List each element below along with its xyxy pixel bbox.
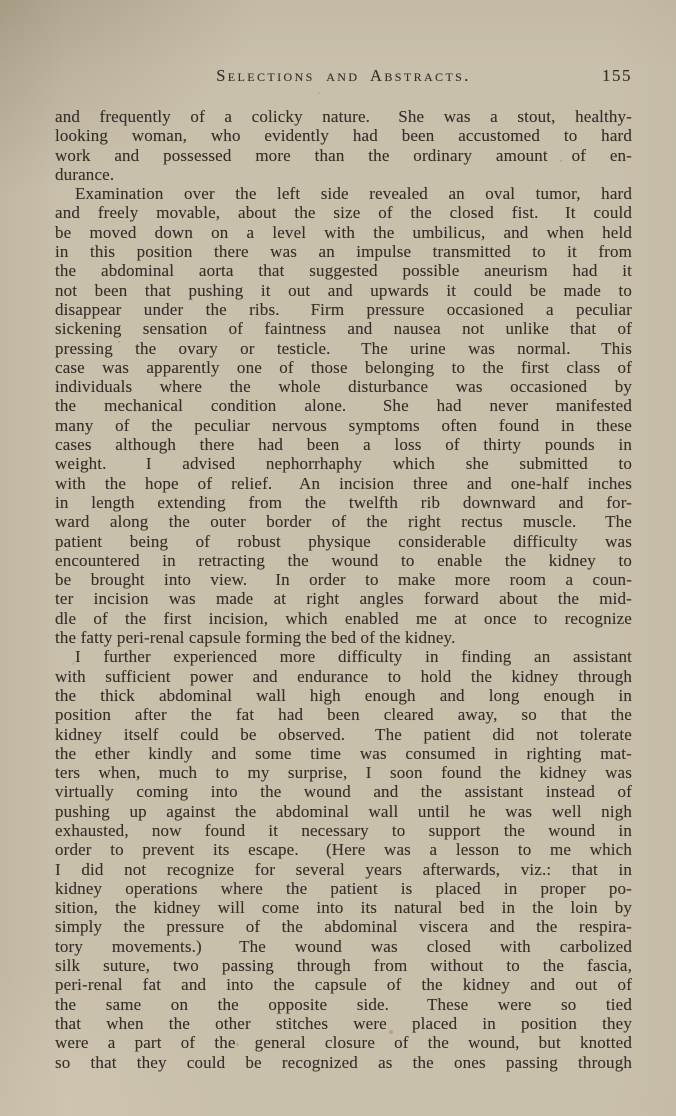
text-line: so that they could be recognized as the …: [55, 1053, 632, 1072]
text-line: sition, the kidney will come into its na…: [55, 898, 632, 917]
text-line: individuals where the whole disturbance …: [55, 377, 632, 396]
text-line: many of the peculiar nervous symptoms of…: [55, 416, 632, 435]
text-line: the thick abdominal wall high enough and…: [55, 686, 632, 705]
text-line: peri-renal fat and into the capsule of t…: [55, 975, 632, 994]
text-line: position after the fat had been cleared …: [55, 705, 632, 724]
text-line: and frequently of a colicky nature. She …: [55, 107, 632, 126]
scanned-book-page: Selections and Abstracts. 155 and freque…: [0, 0, 676, 1116]
text-line: patient being of robust physique conside…: [55, 532, 632, 551]
text-line: kidney operations where the patient is p…: [55, 879, 632, 898]
text-line: sickening sensation of faintness and nau…: [55, 319, 632, 338]
text-line: encountered in retracting the wound to e…: [55, 551, 632, 570]
paper-speck: [389, 1030, 393, 1034]
text-line: pressing the ovary or testicle. The urin…: [55, 339, 632, 358]
text-line: exhausted, now found it necessary to sup…: [55, 821, 632, 840]
paper-speck: [601, 252, 603, 254]
text-line: I further experienced more difficulty in…: [55, 647, 632, 666]
text-line: ter incision was made at right angles fo…: [55, 589, 632, 608]
page-number: 155: [602, 66, 632, 86]
text-line: ters when, much to my surprise, I soon f…: [55, 763, 632, 782]
paper-speck: [118, 341, 120, 343]
running-head: Selections and Abstracts.: [216, 66, 471, 86]
text-line: order to prevent its escape. (Here was a…: [55, 840, 632, 859]
paper-speck: [560, 160, 562, 162]
text-line: that when the other stitches were placed…: [55, 1014, 632, 1033]
text-line: with the hope of relief. An incision thr…: [55, 474, 632, 493]
paper-speck: [72, 662, 75, 665]
text-line: tory movements.) The wound was closed wi…: [55, 937, 632, 956]
text-line: the abdominal aorta that suggested possi…: [55, 261, 632, 280]
text-line: looking woman, who evidently had been ac…: [55, 126, 632, 145]
text-line: in this position there was an impulse tr…: [55, 242, 632, 261]
text-line: disappear under the ribs. Firm pressure …: [55, 300, 632, 319]
text-line: the same on the opposite side. These wer…: [55, 995, 632, 1014]
text-line: cases although there had been a loss of …: [55, 435, 632, 454]
text-line: durance.: [55, 165, 632, 184]
text-line: the fatty peri-renal capsule forming the…: [55, 628, 632, 647]
paper-speck: [236, 1043, 239, 1046]
text-line: the mechanical condition alone. She had …: [55, 396, 632, 415]
text-line: dle of the first incision, which enabled…: [55, 609, 632, 628]
text-line: simply the pressure of the abdominal vis…: [55, 917, 632, 936]
text-line: silk suture, two passing through from wi…: [55, 956, 632, 975]
text-line: case was apparently one of those belongi…: [55, 358, 632, 377]
text-line: pushing up against the abdominal wall un…: [55, 802, 632, 821]
text-line: Examination over the left side revealed …: [55, 184, 632, 203]
text-line: with sufficient power and endurance to h…: [55, 667, 632, 686]
text-line: kidney itself could be observed. The pat…: [55, 725, 632, 744]
text-line: virtually coming into the wound and the …: [55, 782, 632, 801]
text-line: weight. I advised nephorrhaphy which she…: [55, 454, 632, 473]
page-lines: and frequently of a colicky nature. She …: [55, 107, 632, 1072]
text-line: were a part of the general closure of th…: [55, 1033, 632, 1052]
text-line: not been that pushing it out and upwards…: [55, 281, 632, 300]
text-line: I did not recognize for several years af…: [55, 860, 632, 879]
text-line: be moved down on a level with the umbili…: [55, 223, 632, 242]
text-line: work and possessed more than the ordinar…: [55, 146, 632, 165]
text-line: in length extending from the twelfth rib…: [55, 493, 632, 512]
text-line: the ether kindly and some time was consu…: [55, 744, 632, 763]
text-line: and freely movable, about the size of th…: [55, 203, 632, 222]
text-line: ward along the outer border of the right…: [55, 512, 632, 531]
text-line: be brought into view. In order to make m…: [55, 570, 632, 589]
paper-speck: [318, 92, 320, 94]
page-header: Selections and Abstracts. 155: [0, 0, 676, 86]
